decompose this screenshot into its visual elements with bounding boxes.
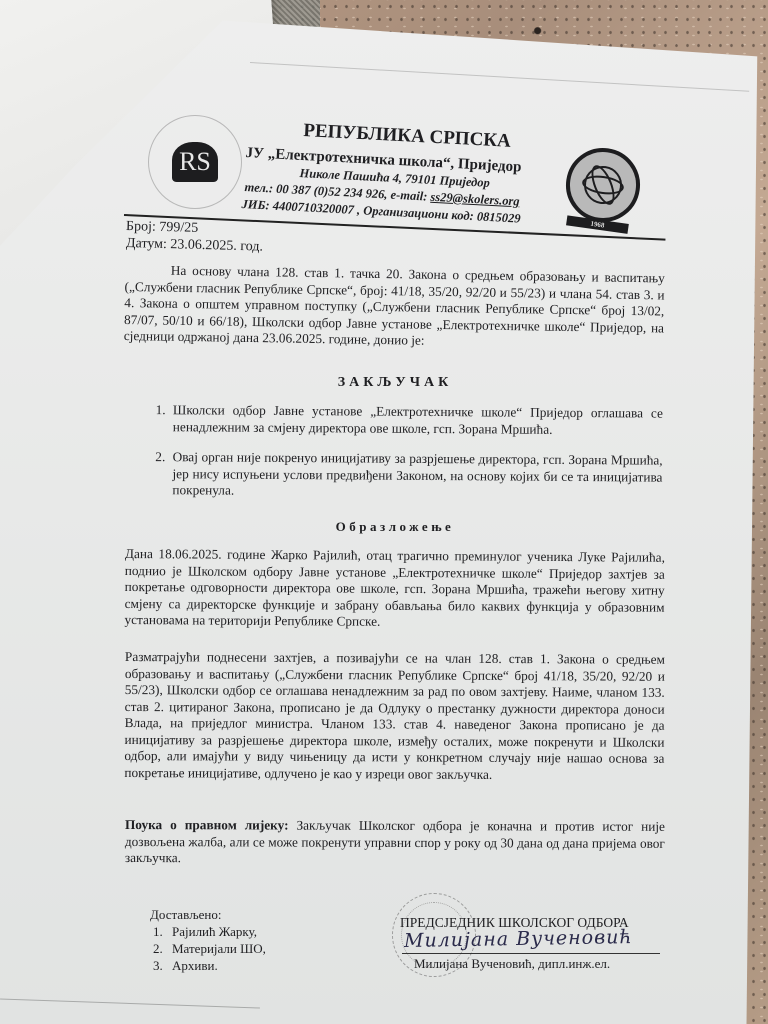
delivered-item: Материјали ШО, bbox=[166, 940, 266, 957]
decision-title: ЗАКЉУЧАК bbox=[125, 375, 665, 391]
preamble: На основу члана 128. став 1. тачка 20. З… bbox=[124, 262, 665, 353]
reasoning-paragraph-2: Разматрајући поднесени захтјев, а позива… bbox=[124, 649, 665, 784]
delivered-item: Рајилић Жарку, bbox=[166, 923, 266, 940]
delivered-label: Достављено: bbox=[150, 906, 266, 923]
reasoning-paragraph-1: Дана 18.06.2025. године Жарко Рајилић, о… bbox=[124, 546, 665, 632]
reasoning-title: Образложење bbox=[125, 519, 665, 535]
signature-line bbox=[402, 953, 660, 954]
letterhead-country: РЕПУБЛИКА СРПСКА bbox=[303, 120, 511, 153]
document: RS 1968 РЕПУБЛИКА СРПСКА ЈУ „Електротехн… bbox=[0, 0, 768, 1024]
delivered-item: Архиви. bbox=[166, 957, 266, 974]
signatory-name: Милијана Вученовић, дипл.инж.ел. bbox=[414, 956, 610, 972]
email-link[interactable]: ss29@skolers.org bbox=[430, 190, 520, 209]
atom-icon bbox=[582, 164, 625, 207]
decision-item: Школски одбор Јавне установе „Електротех… bbox=[169, 402, 663, 438]
legal-remedy: Поука о правном лијеку: Закључак Школско… bbox=[125, 817, 665, 868]
reasoning-text: Дана 18.06.2025. године Жарко Рајилић, о… bbox=[124, 546, 665, 632]
document-number: Број: 799/25 bbox=[126, 219, 199, 237]
republika-srpska-coat-of-arms-icon: RS bbox=[148, 115, 242, 209]
decision-item: Овај орган није покренуо иницијативу за … bbox=[168, 449, 662, 502]
handwritten-signature: Милијана Вученовић bbox=[404, 926, 633, 952]
decision-list: Школски одбор Јавне установе „Електротех… bbox=[144, 402, 663, 516]
school-atom-emblem-icon: 1968 bbox=[561, 143, 645, 227]
rs-monogram: RS bbox=[172, 142, 218, 182]
emblem-ribbon: 1968 bbox=[566, 215, 629, 234]
document-date: Датум: 23.06.2025. год. bbox=[126, 236, 263, 256]
legal-remedy-label: Поука о правном лијеку: bbox=[125, 817, 289, 833]
reasoning-text: Разматрајући поднесени захтјев, а позива… bbox=[124, 649, 665, 784]
delivered-to: Достављено: Рајилић Жарку, Материјали ШО… bbox=[150, 906, 266, 974]
preamble-text: На основу члана 128. став 1. тачка 20. З… bbox=[124, 262, 665, 353]
